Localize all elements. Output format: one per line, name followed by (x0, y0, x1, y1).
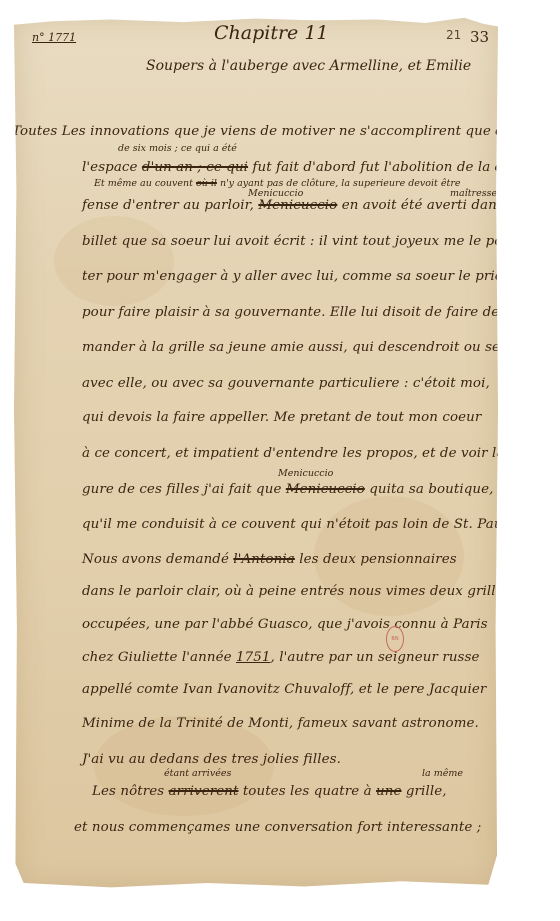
folio-number: 21 (446, 28, 461, 42)
struck-text: d'un an ; ce qui (142, 160, 248, 175)
manuscript-line: gure de ces filles j'ai fait que Menicuc… (82, 482, 511, 497)
manuscript-line: pour faire plaisir à sa gouvernante. Ell… (82, 305, 504, 320)
manuscript-line: ter pour m'engager à y aller avec lui, c… (82, 269, 513, 284)
chapter-subtitle: Soupers à l'auberge avec Armelline, et E… (146, 58, 471, 74)
underlined-year: 1751 (236, 650, 270, 665)
chapter-title: Chapitre 11 (214, 22, 329, 44)
manuscript-line: qui devois la faire appeller. Me pretant… (82, 410, 481, 425)
manuscript-line: billet que sa soeur lui avoit écrit : il… (82, 234, 514, 249)
manuscript-line: occupées, une par l'abbé Guasco, que j'a… (82, 617, 488, 632)
margin-insertion: Toutes (12, 124, 57, 139)
struck-text: Menicuccio (258, 198, 337, 213)
archive-reference: n° 1771 (32, 31, 76, 44)
manuscript-line: mander à la grille sa jeune amie aussi, … (82, 340, 521, 355)
struck-text: arriverent (169, 784, 239, 799)
struck-text: l'Antonia (233, 552, 295, 567)
manuscript-line: Toutes Les innovations que je viens de m… (12, 124, 528, 139)
folio-number: 33 (470, 28, 489, 46)
manuscript-line: chez Giuliette l'année 1751, l'autre par… (82, 650, 480, 665)
manuscript-line: dans le parloir clair, où à peine entrés… (82, 584, 511, 599)
manuscript-line: Nous avons demandé l'Antonia les deux pe… (82, 552, 457, 567)
paper-stain (54, 216, 174, 306)
library-stamp: BN (386, 626, 404, 652)
line-text: Les innovations que je viens de motiver … (62, 124, 528, 139)
folio-number: 33 (501, 28, 519, 44)
interlinear-insertion: Menicuccio (248, 188, 303, 199)
manuscript-line: appellé comte Ivan Ivanovitz Chuvaloff, … (82, 682, 486, 697)
interlinear-insertion: étant arrivées (164, 768, 231, 779)
interlinear-insertion: la même (422, 768, 463, 779)
manuscript-line: Minime de la Trinité de Monti, fameux sa… (82, 716, 479, 731)
manuscript-line: avec elle, ou avec sa gouvernante partic… (82, 376, 490, 391)
manuscript-line: l'espace d'un an ; ce qui fut fait d'abo… (82, 160, 516, 175)
manuscript-line: qu'il me conduisit à ce couvent qui n'ét… (82, 517, 511, 532)
manuscript-line: Les nôtres arriverent toutes les quatre … (92, 784, 447, 799)
struck-text: une (376, 784, 401, 799)
manuscript-line: J'ai vu au dedans des tres jolies filles… (82, 752, 341, 767)
struck-text: où il (196, 178, 217, 189)
manuscript-page: n° 1771 21 33 33 Chapitre 11 Soupers à l… (14, 16, 498, 890)
struck-text: Menicuccio (286, 482, 365, 497)
manuscript-line: à ce concert, et impatient d'entendre le… (82, 446, 523, 461)
interlinear-insertion: Menicuccio (278, 468, 333, 479)
interlinear-insertion: de six mois ; ce qui a été (118, 143, 237, 154)
manuscript-line: fense d'entrer au parloir, Menicuccio en… (82, 198, 526, 213)
